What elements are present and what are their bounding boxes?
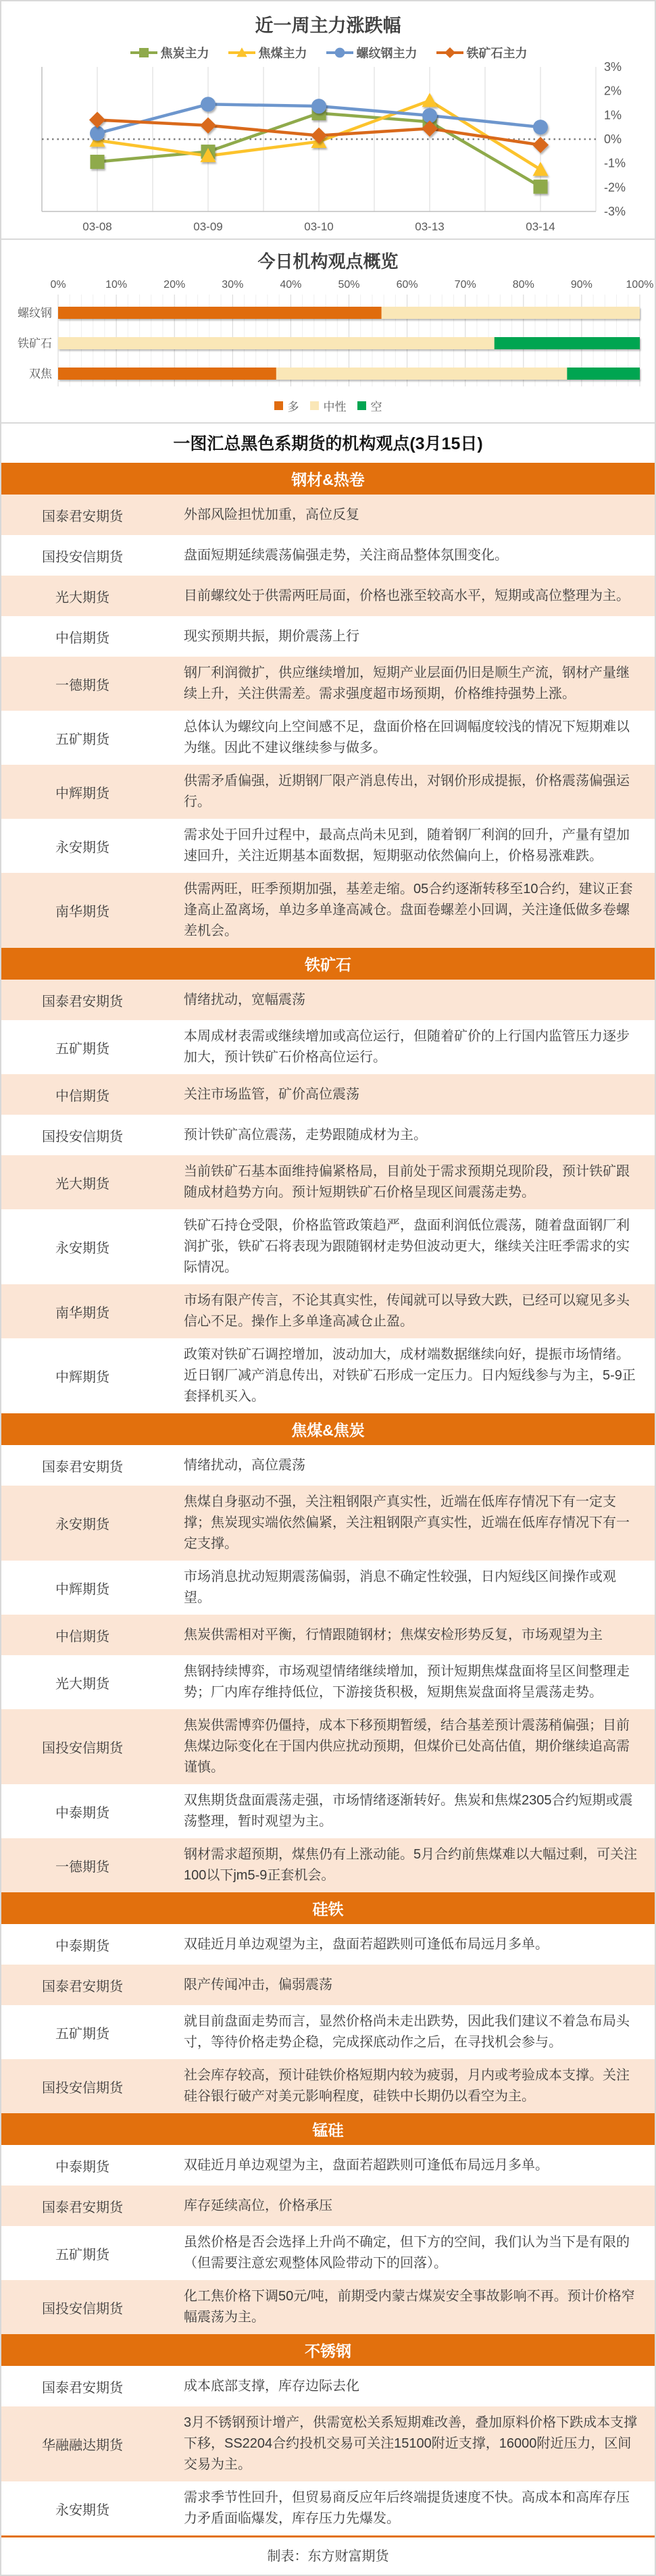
weekly-chart-legend: 焦炭主力焦煤主力螺纹钢主力铁矿石主力: [1, 40, 655, 61]
table-row: 一德期货钢材需求超预期，煤焦仍有上涨动能。5月合约前焦煤难以大幅过剩，可关注10…: [1, 1838, 655, 1892]
institution-name: 一德期货: [1, 657, 163, 711]
opinion-text: 供需两旺，旺季预期加强，基差走缩。05合约逐渐转移至10合约，建议正套逢高止盈离…: [163, 873, 655, 948]
table-row: 国投安信期货化工焦价格下调50元/吨，前期受内蒙古煤炭安全事故影响不再。预计价格…: [1, 2280, 655, 2334]
opinion-text: 供需矛盾偏强，近期钢厂限产消息传出，对钢价形成提振，价格震荡偏强运行。: [163, 765, 655, 819]
institution-name: 国泰君安期货: [1, 2366, 163, 2406]
opinion-overview-panel: 今日机构观点概览 0%10%20%30%40%50%60%70%80%90%10…: [1, 240, 655, 424]
table-row: 国泰君安期货情绪扰动，高位震荡: [1, 1445, 655, 1486]
svg-text:0%: 0%: [50, 279, 66, 291]
institution-name: 五矿期货: [1, 2005, 163, 2059]
institution-name: 五矿期货: [1, 2226, 163, 2280]
institution-name: 中辉期货: [1, 1338, 163, 1413]
opinion-text: 目前螺纹处于供需两旺局面，价格也涨至较高水平，短期或高位整理为主。: [163, 576, 655, 616]
legend-label: 中性: [324, 397, 347, 414]
legend-item-焦炭主力: 焦炭主力: [129, 44, 209, 61]
section-header-铁矿石: 铁矿石: [1, 948, 655, 980]
table-row: 国泰君安期货限产传闻冲击，偏弱震荡: [1, 1965, 655, 2005]
institution-name: 光大期货: [1, 1655, 163, 1709]
table-row: 中泰期货双硅近月单边观望为主，盘面若超跌则可逢低布局远月多单。: [1, 1924, 655, 1965]
table-row: 国投安信期货焦炭供需博弈仍僵持，成本下移预期暂缓，结合基差预计震荡稍偏强；目前焦…: [1, 1709, 655, 1784]
institution-name: 永安期货: [1, 1209, 163, 1284]
section-header-焦煤&焦炭: 焦煤&焦炭: [1, 1413, 655, 1445]
weekly-change-line-chart: 3%2%1%0%-1%-2%-3%03-0803-0903-1003-1303-…: [1, 61, 656, 238]
opinion-text: 总体认为螺纹向上空间感不足，盘面价格在回调幅度较浅的情况下短期难以为继。因此不建…: [163, 711, 655, 765]
institution-name: 南华期货: [1, 873, 163, 948]
institution-name: 南华期货: [1, 1284, 163, 1338]
opinion-text: 需求季节性回升，但贸易商反应年后终端提货速度不快。高成本和高库存压力矛盾面临爆发…: [163, 2481, 655, 2535]
institution-name: 国投安信期货: [1, 1115, 163, 1155]
institution-name: 永安期货: [1, 2481, 163, 2535]
bar-row-铁矿石: [58, 337, 640, 349]
table-row: 国泰君安期货成本底部支撑，库存边际去化: [1, 2366, 655, 2406]
opinion-text: 盘面短期延续震荡偏强走势，关注商品整体氛围变化。: [163, 535, 655, 576]
svg-text:1%: 1%: [604, 108, 622, 122]
table-row: 光大期货焦钢持续博弈，市场观望情绪继续增加，预计短期焦煤盘面将呈区间整理走势；厂…: [1, 1655, 655, 1709]
institution-name: 国投安信期货: [1, 2280, 163, 2334]
institution-name: 国投安信期货: [1, 2059, 163, 2113]
opinion-text: 本周成材表需或继续增加或高位运行，但随着矿价的上行国内监管压力逐步加大，预计铁矿…: [163, 1020, 655, 1074]
svg-text:100%: 100%: [626, 279, 654, 291]
opinion-text: 就目前盘面走势而言，显然价格尚未走出跌势，因此我们建议不着急布局头寸，等待价格走…: [163, 2005, 655, 2059]
legend-item-焦煤主力: 焦煤主力: [227, 44, 307, 61]
institution-name: 五矿期货: [1, 711, 163, 765]
table-row: 南华期货市场有限产传言，不论其真实性，传闻就可以导致大跌，已经可以窥见多头信心不…: [1, 1284, 655, 1338]
svg-text:20%: 20%: [163, 279, 185, 291]
legend-label: 铁矿石主力: [467, 44, 528, 61]
institution-name: 国泰君安期货: [1, 980, 163, 1020]
svg-text:-1%: -1%: [604, 157, 626, 170]
svg-text:03-13: 03-13: [415, 220, 444, 233]
svg-text:3%: 3%: [604, 61, 622, 74]
institution-name: 五矿期货: [1, 1020, 163, 1074]
table-title: 一图汇总黑色系期货的机构观点(3月15日): [1, 424, 655, 463]
svg-text:70%: 70%: [455, 279, 476, 291]
opinion-text: 需求处于回升过程中，最高点尚未见到，随着钢厂利润的回升，产量有望加速回升，关注近…: [163, 819, 655, 873]
weekly-change-panel: 近一周主力涨跌幅 焦炭主力焦煤主力螺纹钢主力铁矿石主力 3%2%1%0%-1%-…: [1, 1, 655, 240]
opinion-text: 双硅近月单边观望为主，盘面若超跌则可逢低布局远月多单。: [163, 2145, 655, 2186]
institution-name: 国泰君安期货: [1, 2186, 163, 2226]
svg-text:2%: 2%: [604, 84, 622, 98]
black-futures-infographic: 近一周主力涨跌幅 焦炭主力焦煤主力螺纹钢主力铁矿石主力 3%2%1%0%-1%-…: [0, 0, 656, 2576]
overview-chart-legend: 多中性空: [1, 396, 655, 422]
institution-name: 国泰君安期货: [1, 1965, 163, 2005]
legend-label: 螺纹钢主力: [357, 44, 418, 61]
institution-name: 中信期货: [1, 616, 163, 657]
legend-item-铁矿石主力: 铁矿石主力: [435, 44, 528, 61]
section-header-硅铁: 硅铁: [1, 1892, 655, 1924]
opinion-text: 限产传闻冲击，偏弱震荡: [163, 1965, 655, 2005]
opinion-stacked-bar-chart: 0%10%20%30%40%50%60%70%80%90%100%螺纹钢铁矿石双…: [1, 276, 656, 396]
institution-name: 中泰期货: [1, 1784, 163, 1838]
opinion-text: 政策对铁矿石调控增加，波动加大，成材端数据继续向好，提振市场情绪。近日钢厂减产消…: [163, 1338, 655, 1413]
table-row: 国泰君安期货情绪扰动，宽幅震荡: [1, 980, 655, 1020]
opinion-text: 焦炭供需博弈仍僵持，成本下移预期暂缓，结合基差预计震荡稍偏强；目前焦煤边际变化在…: [163, 1709, 655, 1784]
table-row: 中辉期货政策对铁矿石调控增加，波动加大，成材端数据继续向好，提振市场情绪。近日钢…: [1, 1338, 655, 1413]
svg-text:螺纹钢: 螺纹钢: [18, 307, 52, 320]
table-row: 国泰君安期货库存延续高位，价格承压: [1, 2186, 655, 2226]
table-row: 永安期货需求处于回升过程中，最高点尚未见到，随着钢厂利润的回升，产量有望加速回升…: [1, 819, 655, 873]
bar-row-双焦: [58, 368, 640, 380]
svg-text:03-09: 03-09: [193, 220, 222, 233]
opinion-text: 钢材需求超预期，煤焦仍有上涨动能。5月合约前焦煤难以大幅过剩，可关注100以下j…: [163, 1838, 655, 1892]
opinion-text: 外部风险担忧加重，高位反复: [163, 495, 655, 535]
table-row: 永安期货铁矿石持仓受限，价格监管政策趋严，盘面利润低位震荡，随着盘面钢厂利润扩张…: [1, 1209, 655, 1284]
svg-text:铁矿石: 铁矿石: [18, 337, 52, 350]
table-body: 钢材&热卷国泰君安期货外部风险担忧加重，高位反复国投安信期货盘面短期延续震荡偏强…: [1, 463, 655, 2535]
opinion-text: 焦钢持续博弈，市场观望情绪继续增加，预计短期焦煤盘面将呈区间整理走势；厂内库存维…: [163, 1655, 655, 1709]
opinion-text: 铁矿石持仓受限，价格监管政策趋严，盘面利润低位震荡，随着盘面钢厂利润扩张，铁矿石…: [163, 1209, 655, 1284]
table-row: 中辉期货供需矛盾偏强，近期钢厂限产消息传出，对钢价形成提振，价格震荡偏强运行。: [1, 765, 655, 819]
institution-name: 光大期货: [1, 576, 163, 616]
table-row: 五矿期货就目前盘面走势而言，显然价格尚未走出跌势，因此我们建议不着急布局头寸，等…: [1, 2005, 655, 2059]
legend-marker-icon: [435, 46, 465, 59]
legend-item-螺纹钢主力: 螺纹钢主力: [325, 44, 418, 61]
opinion-text: 虽然价格是否会选择上升尚不确定，但下方的空间，我们认为当下是有限的（但需要注意宏…: [163, 2226, 655, 2280]
legend-marker-icon: [129, 46, 159, 59]
opinion-text: 市场有限产传言，不论其真实性，传闻就可以导致大跌，已经可以窥见多头信心不足。操作…: [163, 1284, 655, 1338]
section-header-钢材&热卷: 钢材&热卷: [1, 463, 655, 495]
table-row: 一德期货钢厂利润微扩，供应继续增加，短期产业层面仍旧是顺生产流，钢材产量继续上升…: [1, 657, 655, 711]
institution-name: 国投安信期货: [1, 535, 163, 576]
section-header-锰硅: 锰硅: [1, 2113, 655, 2145]
svg-text:80%: 80%: [513, 279, 534, 291]
table-row: 中信期货现实预期共振，期价震荡上行: [1, 616, 655, 657]
table-row: 南华期货供需两旺，旺季预期加强，基差走缩。05合约逐渐转移至10合约，建议正套逢…: [1, 873, 655, 948]
table-row: 中泰期货双焦期货盘面震荡走强，市场情绪逐渐转好。焦炭和焦煤2305合约短期或震荡…: [1, 1784, 655, 1838]
opinion-table: 一图汇总黑色系期货的机构观点(3月15日) 钢材&热卷国泰君安期货外部风险担忧加…: [1, 424, 655, 2535]
table-row: 中信期货关注市场监管，矿价高位震荡: [1, 1074, 655, 1115]
table-row: 五矿期货总体认为螺纹向上空间感不足，盘面价格在回调幅度较浅的情况下短期难以为继。…: [1, 711, 655, 765]
institution-name: 中泰期货: [1, 1924, 163, 1965]
opinion-text: 库存延续高位，价格承压: [163, 2186, 655, 2226]
svg-text:0%: 0%: [604, 132, 622, 146]
svg-text:双焦: 双焦: [29, 368, 53, 380]
table-row: 中泰期货双硅近月单边观望为主，盘面若超跌则可逢低布局远月多单。: [1, 2145, 655, 2186]
opinion-text: 焦炭供需相对平衡，行情跟随钢材；焦煤安检形势反复，市场观望为主: [163, 1615, 655, 1655]
institution-name: 永安期货: [1, 1486, 163, 1561]
institution-name: 国泰君安期货: [1, 495, 163, 535]
legend-swatch-icon: [357, 401, 366, 410]
opinion-text: 双硅近月单边观望为主，盘面若超跌则可逢低布局远月多单。: [163, 1924, 655, 1965]
opinion-text: 情绪扰动，宽幅震荡: [163, 980, 655, 1020]
opinion-text: 双焦期货盘面震荡走强，市场情绪逐渐转好。焦炭和焦煤2305合约短期或震荡整理，暂…: [163, 1784, 655, 1838]
legend-item-中性: 中性: [310, 397, 347, 414]
opinion-text: 预计铁矿高位震荡，走势跟随成材为主。: [163, 1115, 655, 1155]
institution-name: 一德期货: [1, 1838, 163, 1892]
table-row: 华融融达期货3月不锈钢预计增产，供需宽松关系短期难改善，叠加原料价格下跌成本支撑…: [1, 2406, 655, 2481]
table-row: 国泰君安期货外部风险担忧加重，高位反复: [1, 495, 655, 535]
table-row: 中信期货焦炭供需相对平衡，行情跟随钢材；焦煤安检形势反复，市场观望为主: [1, 1615, 655, 1655]
table-row: 五矿期货虽然价格是否会选择上升尚不确定，但下方的空间，我们认为当下是有限的（但需…: [1, 2226, 655, 2280]
table-row: 国投安信期货预计铁矿高位震荡，走势跟随成材为主。: [1, 1115, 655, 1155]
table-row: 永安期货焦煤自身驱动不强，关注粗钢限产真实性，近端在低库存情况下有一定支撑；焦炭…: [1, 1486, 655, 1561]
opinion-text: 社会库存较高，预计硅铁价格短期内较为疲弱，月内或考验成本支撑。关注硅谷银行破产对…: [163, 2059, 655, 2113]
svg-text:50%: 50%: [338, 279, 359, 291]
opinion-text: 关注市场监管，矿价高位震荡: [163, 1074, 655, 1115]
legend-item-多: 多: [274, 397, 299, 414]
section-header-不锈钢: 不锈钢: [1, 2334, 655, 2366]
svg-text:60%: 60%: [397, 279, 418, 291]
institution-name: 中信期货: [1, 1615, 163, 1655]
legend-marker-icon: [227, 46, 257, 59]
opinion-text: 化工焦价格下调50元/吨，前期受内蒙古煤炭安全事故影响不再。预计价格窄幅震荡为主…: [163, 2280, 655, 2334]
opinion-text: 市场消息扰动短期震荡偏弱，消息不确定性较强，日内短线区间操作或观望。: [163, 1561, 655, 1615]
table-row: 五矿期货本周成材表需或继续增加或高位运行，但随着矿价的上行国内监管压力逐步加大，…: [1, 1020, 655, 1074]
svg-text:40%: 40%: [280, 279, 301, 291]
opinion-text: 成本底部支撑，库存边际去化: [163, 2366, 655, 2406]
legend-label: 焦煤主力: [259, 44, 307, 61]
institution-name: 永安期货: [1, 819, 163, 873]
table-row: 国投安信期货盘面短期延续震荡偏强走势，关注商品整体氛围变化。: [1, 535, 655, 576]
legend-label: 空: [371, 397, 382, 414]
overview-chart-title: 今日机构观点概览: [1, 240, 655, 276]
bar-row-螺纹钢: [58, 307, 640, 319]
credit-text: 制表：东方财富期货: [268, 2549, 389, 2564]
legend-swatch-icon: [274, 401, 283, 410]
institution-name: 光大期货: [1, 1155, 163, 1209]
opinion-text: 当前铁矿石基本面维持偏紧格局，目前处于需求预期兑现阶段，预计铁矿跟随成材趋势方向…: [163, 1155, 655, 1209]
svg-text:03-10: 03-10: [304, 220, 333, 233]
svg-text:90%: 90%: [571, 279, 592, 291]
table-row: 中辉期货市场消息扰动短期震荡偏弱，消息不确定性较强，日内短线区间操作或观望。: [1, 1561, 655, 1615]
svg-text:30%: 30%: [222, 279, 243, 291]
institution-name: 中泰期货: [1, 2145, 163, 2186]
legend-swatch-icon: [310, 401, 319, 410]
legend-label: 多: [288, 397, 299, 414]
opinion-text: 焦煤自身驱动不强，关注粗钢限产真实性，近端在低库存情况下有一定支撑；焦炭现实端依…: [163, 1486, 655, 1561]
table-row: 光大期货当前铁矿石基本面维持偏紧格局，目前处于需求预期兑现阶段，预计铁矿跟随成材…: [1, 1155, 655, 1209]
institution-name: 国泰君安期货: [1, 1445, 163, 1486]
svg-text:03-14: 03-14: [526, 220, 555, 233]
table-row: 国投安信期货社会库存较高，预计硅铁价格短期内较为疲弱，月内或考验成本支撑。关注硅…: [1, 2059, 655, 2113]
legend-marker-icon: [325, 46, 355, 59]
opinion-text: 情绪扰动，高位震荡: [163, 1445, 655, 1486]
table-row: 光大期货目前螺纹处于供需两旺局面，价格也涨至较高水平，短期或高位整理为主。: [1, 576, 655, 616]
institution-name: 华融融达期货: [1, 2406, 163, 2481]
table-row: 永安期货需求季节性回升，但贸易商反应年后终端提货速度不快。高成本和高库存压力矛盾…: [1, 2481, 655, 2535]
opinion-text: 现实预期共振，期价震荡上行: [163, 616, 655, 657]
svg-text:-2%: -2%: [604, 180, 626, 194]
svg-text:-3%: -3%: [604, 205, 626, 218]
institution-name: 中辉期货: [1, 1561, 163, 1615]
svg-text:03-08: 03-08: [82, 220, 111, 233]
legend-label: 焦炭主力: [161, 44, 209, 61]
legend-item-空: 空: [357, 397, 382, 414]
opinion-text: 钢厂利润微扩，供应继续增加，短期产业层面仍旧是顺生产流，钢材产量继续上升，关注供…: [163, 657, 655, 711]
footer: 制表：东方财富期货: [1, 2535, 655, 2575]
institution-name: 中辉期货: [1, 765, 163, 819]
svg-text:10%: 10%: [105, 279, 127, 291]
weekly-chart-title: 近一周主力涨跌幅: [1, 1, 655, 40]
institution-name: 国投安信期货: [1, 1709, 163, 1784]
institution-name: 中信期货: [1, 1074, 163, 1115]
opinion-text: 3月不锈钢预计增产，供需宽松关系短期难改善，叠加原料价格下跌成本支撑下移，SS2…: [163, 2406, 655, 2481]
